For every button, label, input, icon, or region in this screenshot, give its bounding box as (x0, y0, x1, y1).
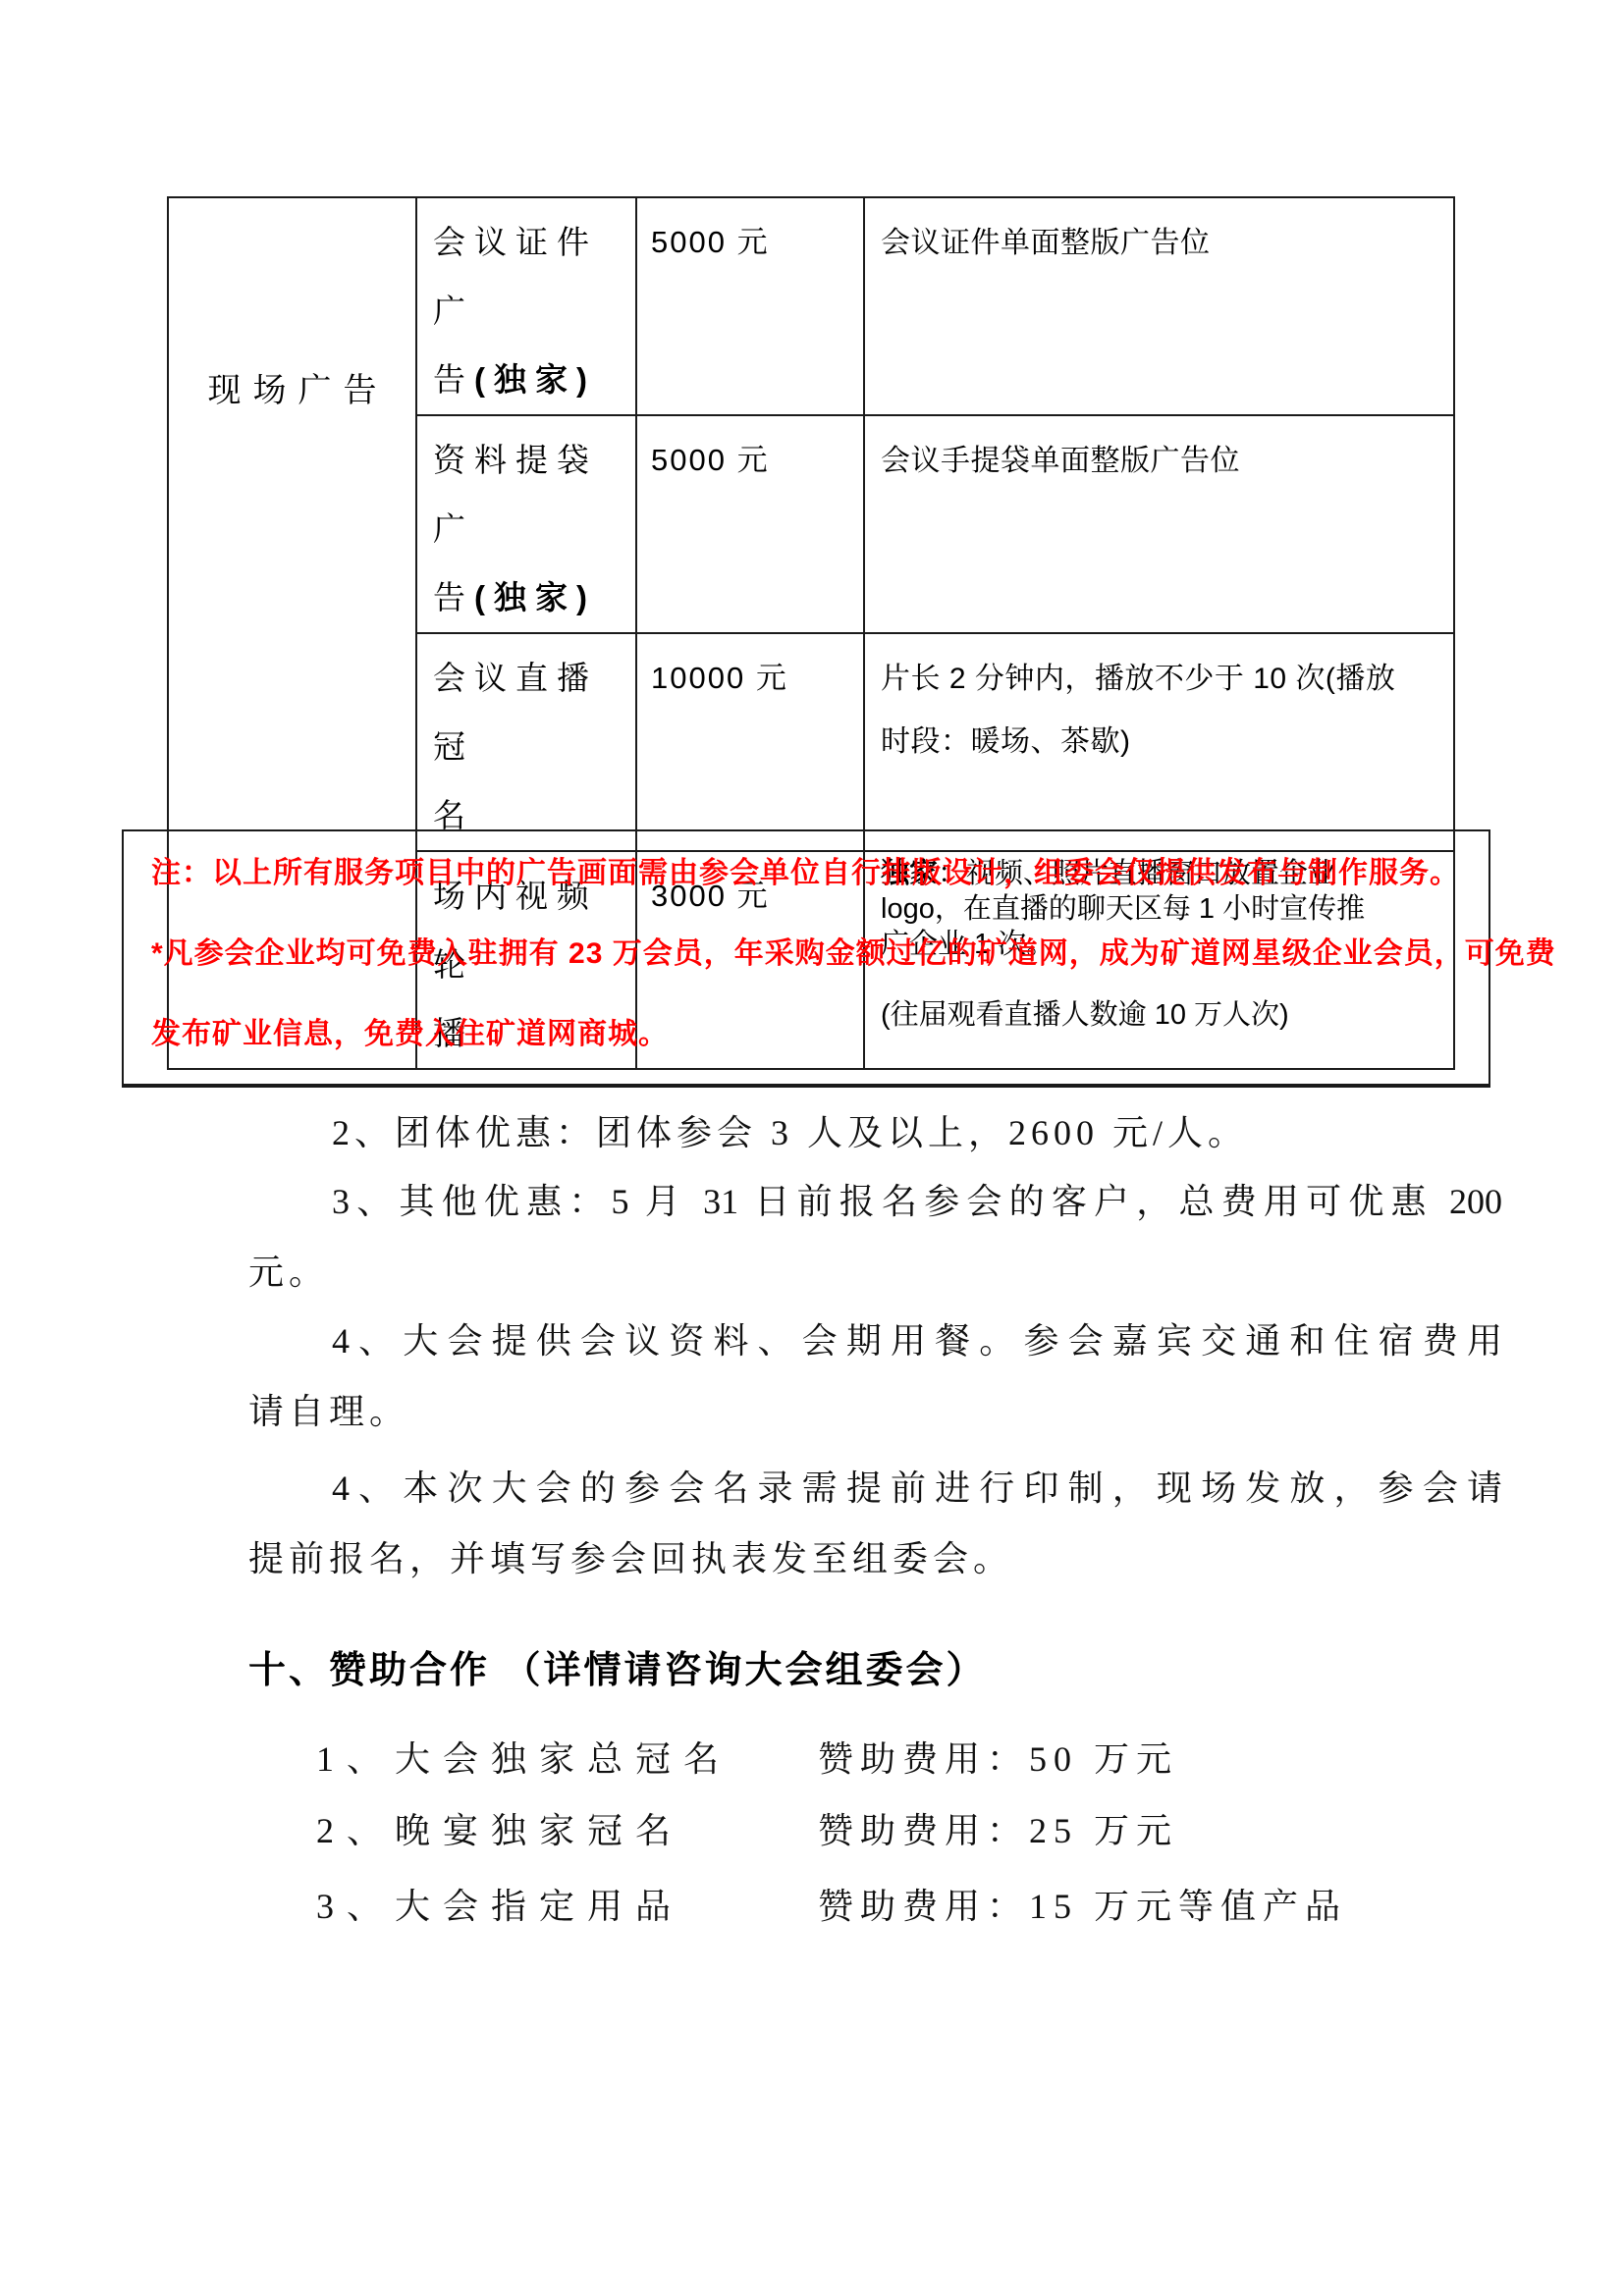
price-cell: 5000 元 (636, 415, 864, 633)
note-box: 注：以上所有服务项目中的广告画面需由参会单位自行排版设计，组委会仅提供发布与制作… (122, 829, 1490, 1088)
note-line-3: 发布矿业信息，免费入住矿道网商城。 (151, 994, 1469, 1075)
paragraph-materials: 4、大会提供会议资料、会期用餐。参会嘉宾交通和住宿费用 (332, 1319, 1502, 1362)
paragraph-other-discount-cont: 元。 (248, 1251, 329, 1294)
sponsor-item: 1、大会独家总冠名 (316, 1732, 731, 1782)
item-cell: 资料提袋广告(独家) (416, 415, 636, 633)
sponsor-item: 3、大会指定用品 (316, 1879, 683, 1929)
sponsor-row: 2、晚宴独家冠名 赞助费用：25 万元 (0, 1803, 1624, 1850)
desc-cell: 会议手提袋单面整版广告位 (864, 415, 1454, 633)
sponsor-row: 1、大会独家总冠名 赞助费用：50 万元 (0, 1732, 1624, 1779)
item-text: 告 (433, 361, 474, 398)
sponsor-item: 2、晚宴独家冠名 (316, 1803, 683, 1853)
sponsor-row: 3、大会指定用品 赞助费用：15 万元等值产品 (0, 1879, 1624, 1926)
item-cell: 会议证件广告(独家) (416, 197, 636, 415)
paragraph-directory-cont: 提前报名，并填写参会回执表发至组委会。 (248, 1537, 1013, 1580)
sponsor-fee: 赞助费用：25 万元 (818, 1803, 1178, 1853)
item-text: 会议证件广 (433, 224, 598, 329)
item-cell: 会议直播冠 名 (416, 633, 636, 851)
item-text: 告 (433, 579, 474, 615)
desc-cell: 片长 2 分钟内，播放不少于 10 次(播放 时段：暖场、茶歇) (864, 633, 1454, 851)
category-label: 现场广告 (170, 372, 414, 409)
paragraph-directory: 4、本次大会的参会名录需提前进行印制，现场发放，参会请 (332, 1467, 1502, 1510)
document-page: 现场广告 会议证件广告(独家) 5000 元 会议证件单面整版广告位 资料提袋广… (0, 0, 1624, 2296)
item-exclusive-text: (独家) (474, 361, 596, 398)
item-text: 资料提袋广 (433, 442, 598, 547)
desc-cell: 会议证件单面整版广告位 (864, 197, 1454, 415)
price-cell: 5000 元 (636, 197, 864, 415)
paragraph-other-discount: 3、其他优惠：5 月 31 日前报名参会的客户，总费用可优惠 200 (332, 1180, 1502, 1223)
table-row: 现场广告 会议证件广告(独家) 5000 元 会议证件单面整版广告位 (168, 197, 1454, 415)
note-line-2: *凡参会企业均可免费入驻拥有 23 万会员，年采购金额过亿的矿道网，成为矿道网星… (151, 914, 1469, 994)
section-heading-sponsorship: 十、赞助合作 （详情请咨询大会组委会） (248, 1639, 987, 1693)
sponsor-fee: 赞助费用：15 万元等值产品 (818, 1879, 1347, 1929)
price-cell: 10000 元 (636, 633, 864, 851)
item-exclusive-text: (独家) (474, 579, 596, 615)
sponsor-fee: 赞助费用：50 万元 (818, 1732, 1178, 1782)
paragraph-group-discount: 2、团体优惠：团体参会 3 人及以上，2600 元/人。 (332, 1111, 1248, 1154)
paragraph-materials-cont: 请自理。 (248, 1390, 409, 1433)
note-line-1: 注：以上所有服务项目中的广告画面需由参会单位自行排版设计，组委会仅提供发布与制作… (151, 833, 1469, 914)
